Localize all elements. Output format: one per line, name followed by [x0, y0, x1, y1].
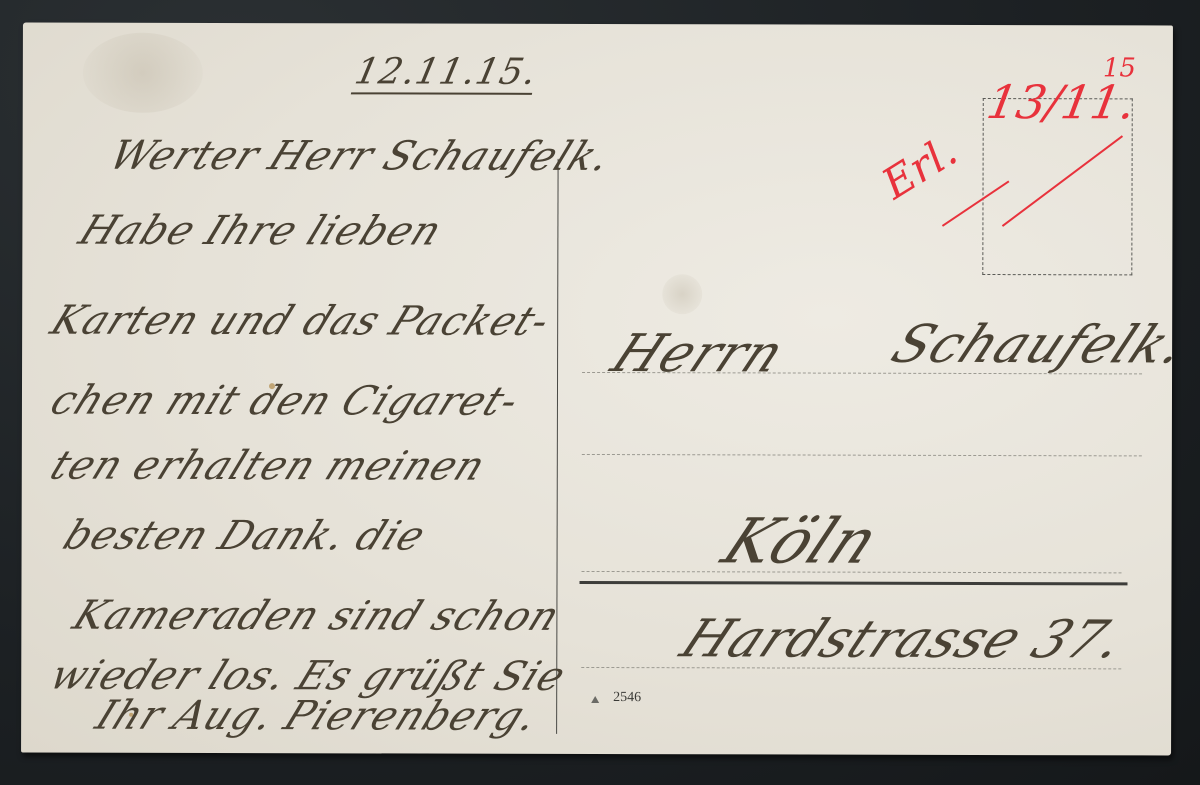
triangle-icon: [591, 696, 599, 703]
address-salutation: Herrn: [602, 324, 794, 384]
annotation-prefix: Erl.: [873, 126, 965, 209]
address-line-2: [582, 454, 1142, 456]
message-line-1: Werter Herr Schaufelk.: [103, 133, 619, 180]
message-date: 12.11.15.: [351, 51, 541, 94]
annotation-year: 15: [1103, 53, 1136, 83]
address-street: Hardstrasse 37.: [671, 609, 1135, 670]
message-line-7: Kameraden sind schon: [66, 593, 567, 640]
paper-smudge: [83, 33, 203, 113]
paper-smudge: [662, 274, 702, 314]
print-number: 2546: [613, 690, 641, 706]
message-line-2: Habe Ihre lieben: [72, 208, 449, 255]
message-line-3: Karten und das Packet-: [44, 298, 557, 345]
message-line-6: besten Dank. die: [57, 513, 433, 560]
message-line-4: chen mit den Cigaret-: [44, 378, 527, 425]
address-underline: [579, 581, 1127, 585]
address-name: Schaufelk.: [882, 315, 1198, 376]
message-line-5: ten erhalten meinen: [44, 443, 493, 490]
center-divider: [556, 159, 559, 734]
message-signature: Ihr Aug. Pierenberg.: [89, 693, 545, 740]
address-city: Köln: [712, 504, 892, 577]
postcard-back: 12.11.15. Werter Herr Schaufelk. Habe Ih…: [21, 22, 1173, 755]
